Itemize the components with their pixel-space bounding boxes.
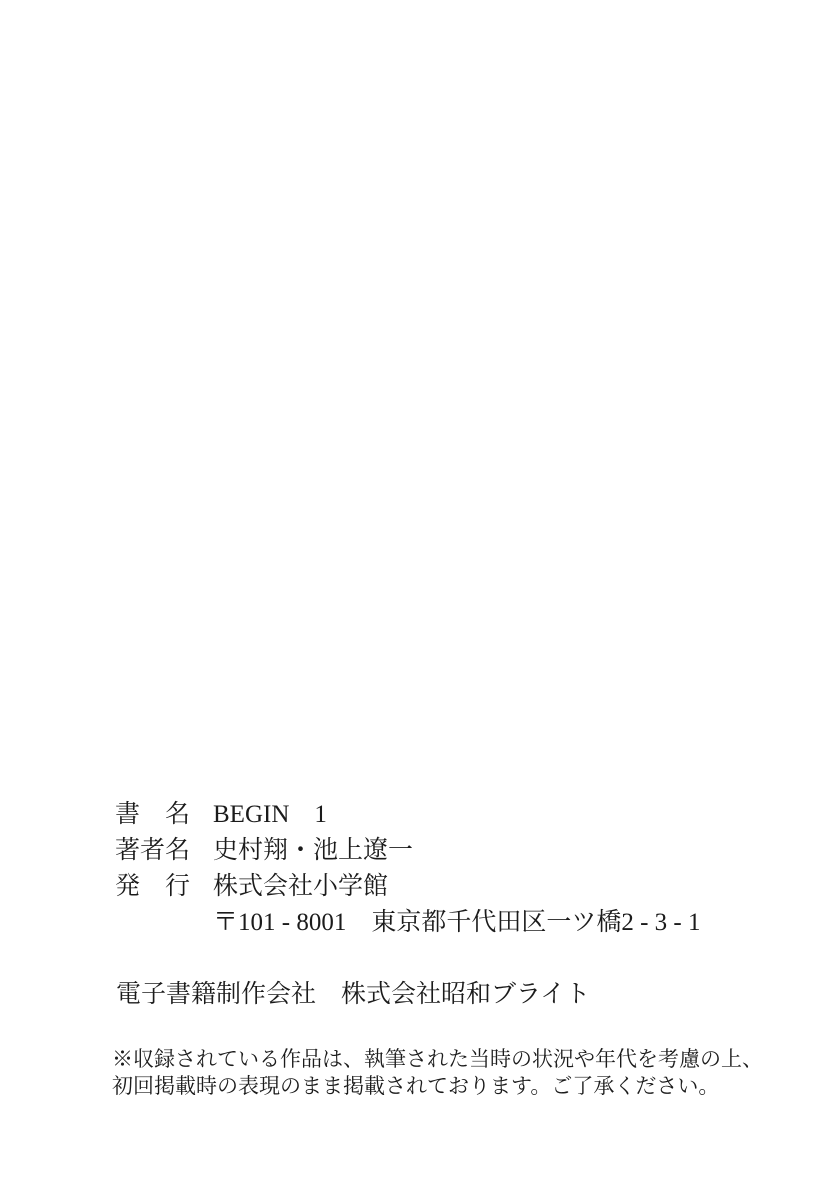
publisher-address-label bbox=[115, 905, 193, 941]
publisher-value: 株式会社小学館 bbox=[213, 869, 388, 905]
publisher-row: 発 行 株式会社小学館 bbox=[115, 869, 700, 905]
publication-info-block: 書 名 BEGIN 1 著者名 史村翔・池上遼一 発 行 株式会社小学館 〒10… bbox=[115, 797, 700, 941]
book-title-row: 書 名 BEGIN 1 bbox=[115, 797, 700, 833]
publisher-label: 発 行 bbox=[115, 869, 193, 905]
author-row: 著者名 史村翔・池上遼一 bbox=[115, 833, 700, 869]
publisher-address-value: 〒101 - 8001 東京都千代田区一ツ橋2 - 3 - 1 bbox=[213, 905, 700, 941]
publisher-address-row: 〒101 - 8001 東京都千代田区一ツ橋2 - 3 - 1 bbox=[115, 905, 700, 941]
author-label: 著者名 bbox=[115, 833, 193, 869]
ebook-production-line: 電子書籍制作会社 株式会社昭和ブライト bbox=[116, 979, 590, 1011]
disclaimer-note: ※収録されている作品は、執筆された当時の状況や年代を考慮の上、 初回掲載時の表現… bbox=[112, 1046, 763, 1100]
disclaimer-line-2: 初回掲載時の表現のまま掲載されております。ご了承ください。 bbox=[112, 1073, 763, 1100]
author-value: 史村翔・池上遼一 bbox=[213, 833, 413, 869]
book-title-value: BEGIN 1 bbox=[213, 797, 327, 833]
book-title-label: 書 名 bbox=[115, 797, 193, 833]
colophon-page: 書 名 BEGIN 1 著者名 史村翔・池上遼一 発 行 株式会社小学館 〒10… bbox=[0, 0, 840, 1190]
disclaimer-line-1: ※収録されている作品は、執筆された当時の状況や年代を考慮の上、 bbox=[112, 1046, 763, 1073]
